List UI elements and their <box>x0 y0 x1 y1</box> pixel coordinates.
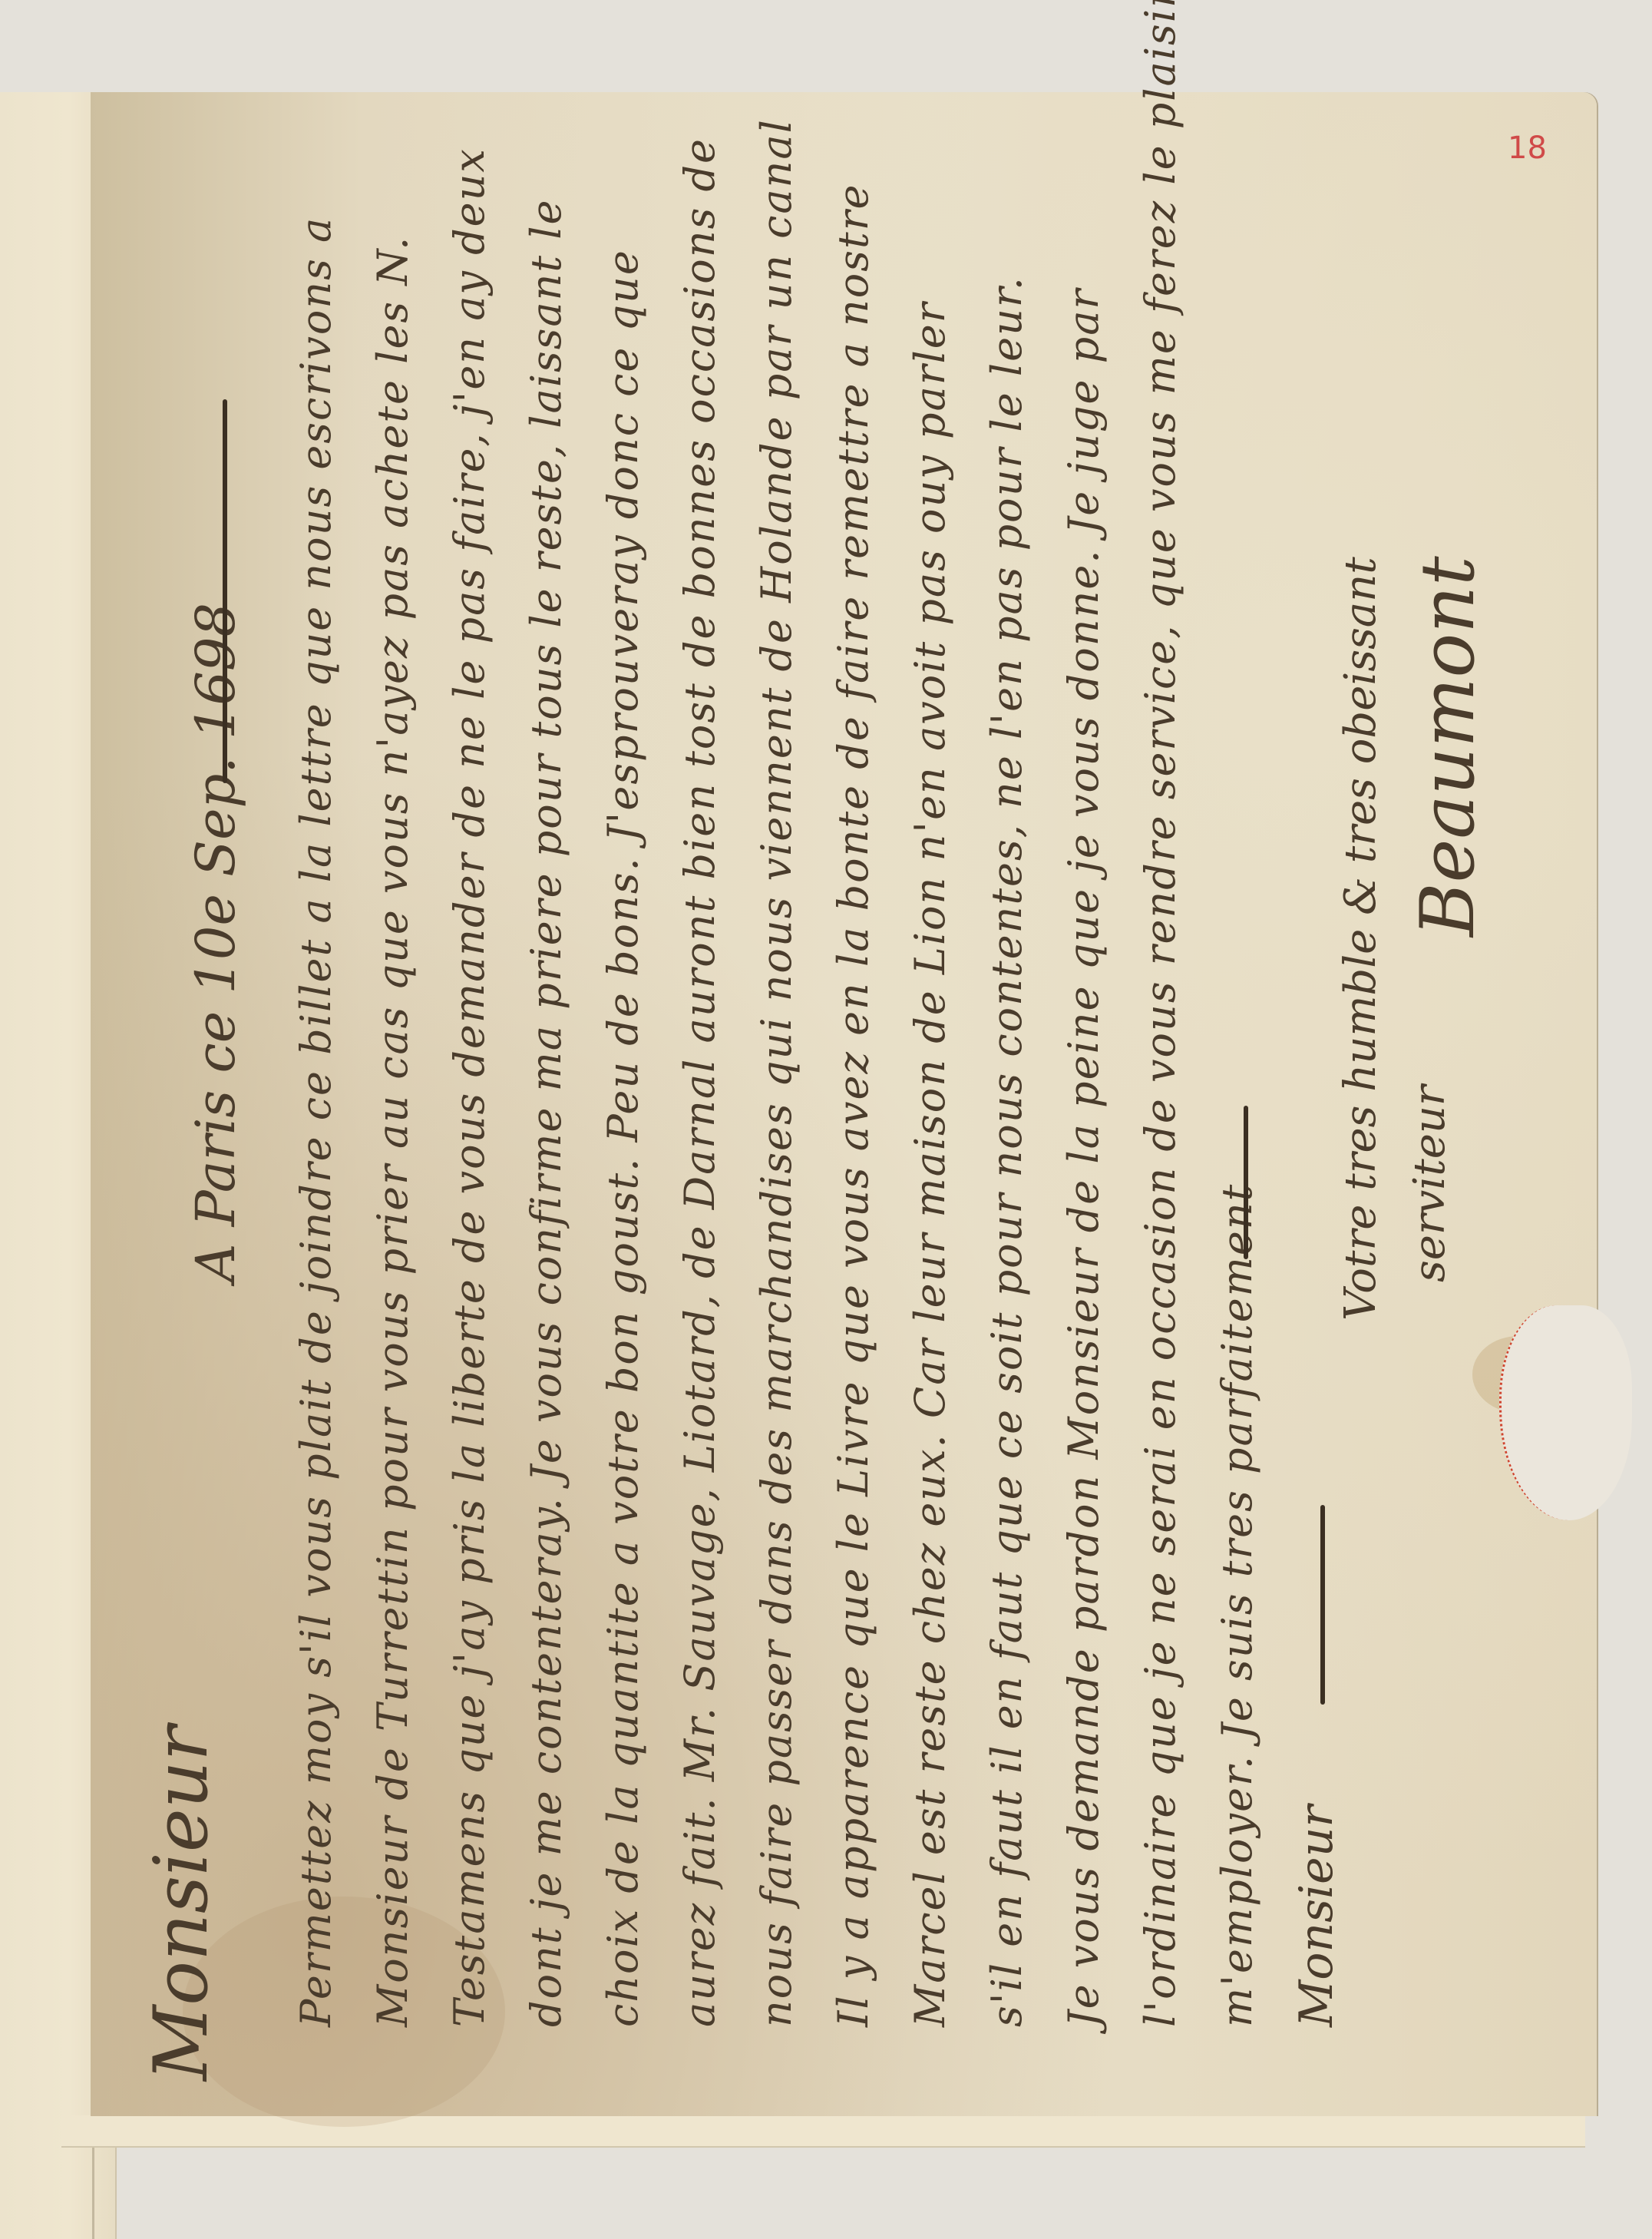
letter-line: Permettez moy s'il vous plait de joindre… <box>292 217 340 2027</box>
letter-line: aurez fait. Mr. Sauvage, Liotard, de Dar… <box>676 137 724 2027</box>
letter-line: l'ordinaire que je ne serai en occasion … <box>1136 0 1184 2027</box>
closing-line-1: Votre tres humble & tres obeissant <box>1336 557 1386 1321</box>
letter-line: Je vous demande pardon Monsieur de la pe… <box>1059 288 1108 2027</box>
letter-line: choix de la quantite a votre bon goust. … <box>599 249 647 2027</box>
line-flourish <box>1244 1106 1248 1259</box>
letter-line: Testamens que j'ay pris la liberte de vo… <box>445 147 494 2027</box>
letter-line: nous faire passer dans des marchandises … <box>752 118 801 2027</box>
address-line: Monsieur <box>1290 1805 1343 2027</box>
letter-line: Marcel est reste chez eux. Car leur mais… <box>906 301 954 2027</box>
letter-line: Il y a apparence que le Livre que vous a… <box>829 184 877 2027</box>
closing-line-2: serviteur <box>1405 1085 1455 1282</box>
letter-body: Monsieur A Paris ce 10e Sep. 1698 Permet… <box>138 131 1520 2089</box>
dateline-flourish <box>223 399 227 783</box>
letter-line: dont je me contenteray. Je vous confirme… <box>522 199 570 2027</box>
letter-line: Monsieur de Turrettin pour vous prier au… <box>368 236 417 2027</box>
salutation: Monsieur <box>138 1726 224 2081</box>
line-flourish <box>1320 1505 1325 1705</box>
dateline: A Paris ce 10e Sep. 1698 <box>184 603 247 1282</box>
letter-line: s'il en faut il en faut que ce soit pour… <box>983 276 1031 2027</box>
signature: Beaumont <box>1405 556 1491 937</box>
letter-line: m'employer. Je suis tres parfaitement <box>1213 1183 1261 2027</box>
